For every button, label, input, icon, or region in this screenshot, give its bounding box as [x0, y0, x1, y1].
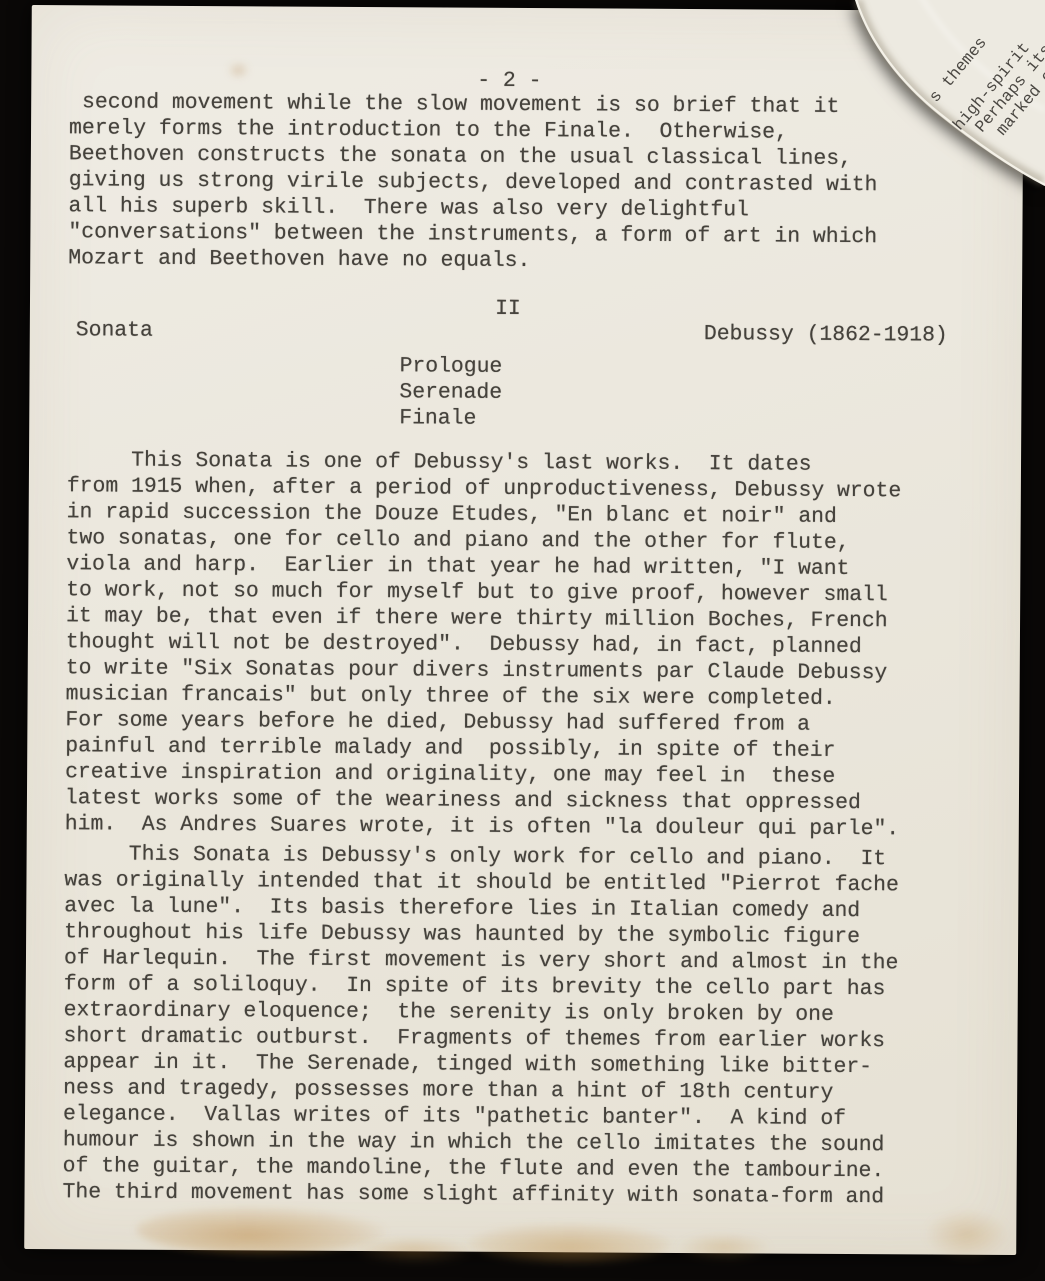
- foxing-stain: [676, 1233, 771, 1262]
- foxing-stain: [467, 1224, 672, 1263]
- overlay-page-corner: s themes high-spirit Perhaps its marked …: [810, 0, 1045, 205]
- paragraph-description: This Sonata is Debussy's only work for c…: [62, 841, 944, 1210]
- work-header: Sonata Debussy (1862-1918): [68, 317, 948, 348]
- paragraph-history: This Sonata is one of Debussy's last wor…: [65, 447, 947, 842]
- foxing-stain: [924, 1208, 1009, 1261]
- composer-dates: Debussy (1862-1918): [704, 321, 948, 348]
- work-title: Sonata: [76, 317, 153, 343]
- movement-list: Prologue Serenade Finale: [67, 351, 947, 434]
- foxing-stain: [136, 1206, 386, 1256]
- foxing-stain: [354, 1237, 474, 1264]
